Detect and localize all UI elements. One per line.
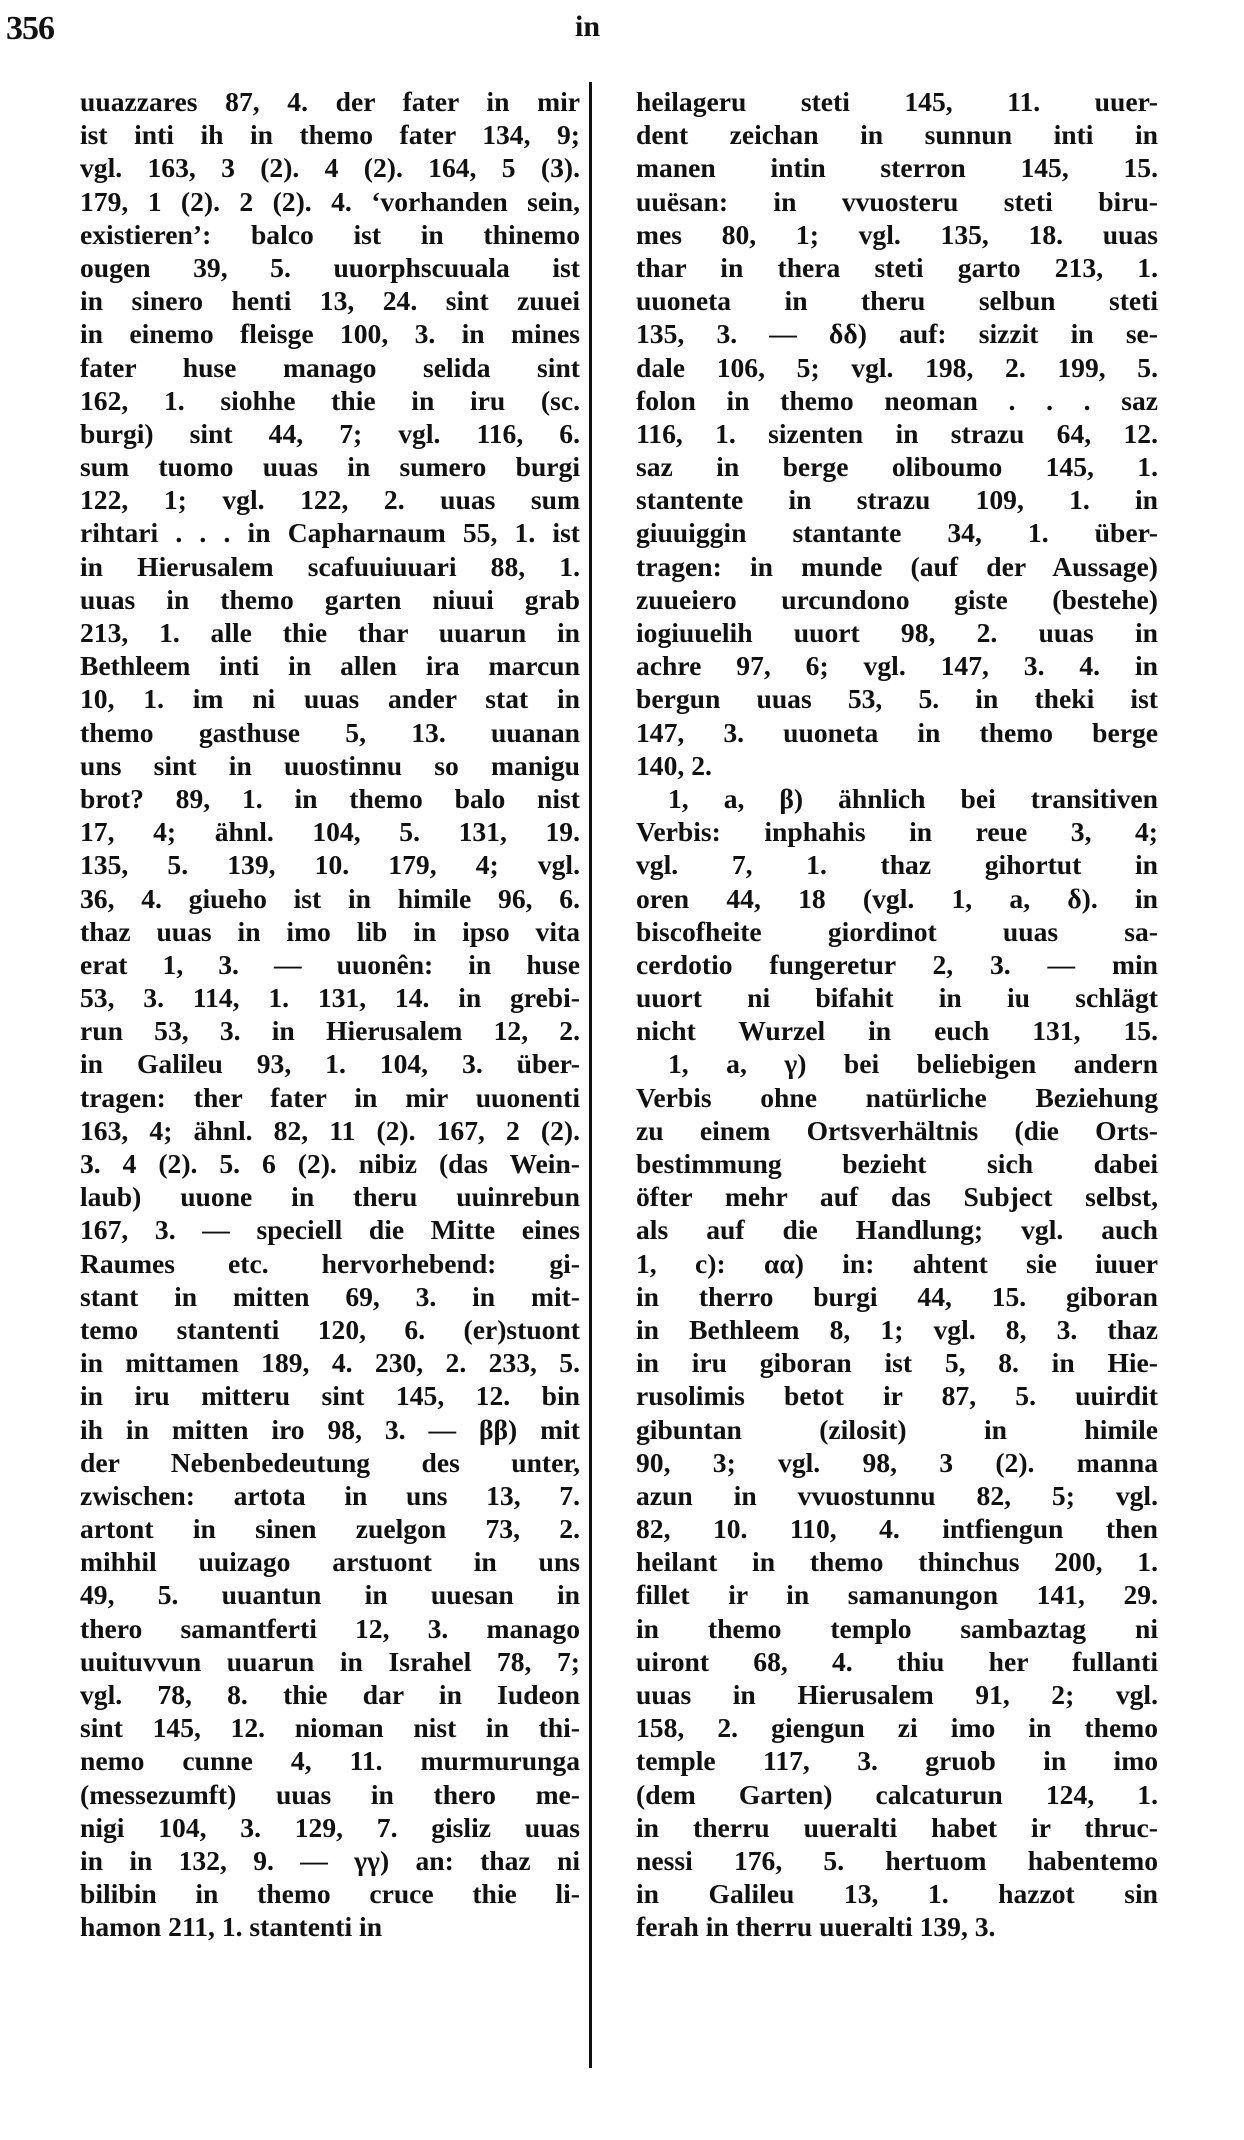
text-line: uuas in Hierusalem 91, 2; vgl. <box>636 1678 1158 1711</box>
text-line: uuazzares 87, 4. der fater in mir <box>80 85 580 118</box>
text-line: 158, 2. giengun zi imo in themo <box>636 1711 1158 1744</box>
text-line: temo stantenti 120, 6. (er)stuont <box>80 1313 580 1346</box>
text-line: thero samantferti 12, 3. manago <box>80 1612 580 1645</box>
text-line: in sinero henti 13, 24. sint zuuei <box>80 284 580 317</box>
text-line: mes 80, 1; vgl. 135, 18. uuas <box>636 218 1158 251</box>
text-line: 140, 2. <box>636 749 1158 782</box>
text-line: Verbis ohne natürliche Beziehung <box>636 1081 1158 1114</box>
text-line: hamon 211, 1. stantenti in <box>80 1910 580 1943</box>
text-line: cerdotio fungeretur 2, 3. — min <box>636 948 1158 981</box>
text-line: azun in vvuostunnu 82, 5; vgl. <box>636 1479 1158 1512</box>
text-line: nessi 176, 5. hertuom habentemo <box>636 1844 1158 1877</box>
text-line: 82, 10. 110, 4. intfiengun then <box>636 1512 1158 1545</box>
text-line: bestimmung bezieht sich dabei <box>636 1147 1158 1180</box>
page-number: 356 <box>6 10 54 48</box>
running-head: in <box>575 10 600 44</box>
text-line: 53, 3. 114, 1. 131, 14. in grebi- <box>80 981 580 1014</box>
text-line: (dem Garten) calcaturun 124, 1. <box>636 1778 1158 1811</box>
text-line: folon in themo neoman . . . saz <box>636 384 1158 417</box>
text-line: brot? 89, 1. in themo balo nist <box>80 782 580 815</box>
text-line: ougen 39, 5. uuorphscuuala ist <box>80 251 580 284</box>
text-line: vgl. 7, 1. thaz gihortut in <box>636 848 1158 881</box>
page-header: 356 in <box>0 0 1244 60</box>
text-line: dale 106, 5; vgl. 198, 2. 199, 5. <box>636 351 1158 384</box>
text-line: fater huse manago selida sint <box>80 351 580 384</box>
text-line: tragen: in munde (auf der Aussage) <box>636 550 1158 583</box>
text-line: zwischen: artota in uns 13, 7. <box>80 1479 580 1512</box>
text-line: 163, 4; ähnl. 82, 11 (2). 167, 2 (2). <box>80 1114 580 1147</box>
text-line: 36, 4. giueho ist in himile 96, 6. <box>80 882 580 915</box>
text-line: sint 145, 12. nioman nist in thi- <box>80 1711 580 1744</box>
text-line: uuoneta in theru selbun steti <box>636 284 1158 317</box>
text-line: thar in thera steti garto 213, 1. <box>636 251 1158 284</box>
text-line: Raumes etc. hervorhebend: gi- <box>80 1247 580 1280</box>
text-line: in mittamen 189, 4. 230, 2. 233, 5. <box>80 1346 580 1379</box>
text-line: ferah in therru uueralti 139, 3. <box>636 1910 1158 1943</box>
text-line: 135, 3. — δδ) auf: sizzit in se- <box>636 317 1158 350</box>
text-line: 213, 1. alle thie thar uuarun in <box>80 616 580 649</box>
text-line: uuas in themo garten niuui grab <box>80 583 580 616</box>
text-line: 17, 4; ähnl. 104, 5. 131, 19. <box>80 815 580 848</box>
text-line: 162, 1. siohhe thie in iru (sc. <box>80 384 580 417</box>
text-line: 179, 1 (2). 2 (2). 4. ‘vorhanden sein, <box>80 185 580 218</box>
text-line: öfter mehr auf das Subject selbst, <box>636 1180 1158 1213</box>
text-line: oren 44, 18 (vgl. 1, a, δ). in <box>636 882 1158 915</box>
text-line: nigi 104, 3. 129, 7. gisliz uuas <box>80 1811 580 1844</box>
text-line: 122, 1; vgl. 122, 2. uuas sum <box>80 483 580 516</box>
text-line: artont in sinen zuelgon 73, 2. <box>80 1512 580 1545</box>
text-line: mihhil uuizago arstuont in uns <box>80 1545 580 1578</box>
text-line: 1, a, β) ähnlich bei transitiven <box>636 782 1158 815</box>
text-line: dent zeichan in sunnun inti in <box>636 118 1158 151</box>
text-line: achre 97, 6; vgl. 147, 3. 4. in <box>636 649 1158 682</box>
text-line: gibuntan (zilosit) in himile <box>636 1413 1158 1446</box>
text-line: rusolimis betot ir 87, 5. uuirdit <box>636 1379 1158 1412</box>
text-line: stantente in strazu 109, 1. in <box>636 483 1158 516</box>
text-line: in Galileu 13, 1. hazzot sin <box>636 1877 1158 1910</box>
text-line: in Bethleem 8, 1; vgl. 8, 3. thaz <box>636 1313 1158 1346</box>
text-line: in einemo fleisge 100, 3. in mines <box>80 317 580 350</box>
text-line: fillet ir in samanungon 141, 29. <box>636 1578 1158 1611</box>
text-line: (messezumft) uuas in thero me- <box>80 1778 580 1811</box>
text-line: in themo templo sambaztag ni <box>636 1612 1158 1645</box>
text-line: 1, c): αα) in: ahtent sie iuuer <box>636 1247 1158 1280</box>
text-line: themo gasthuse 5, 13. uuanan <box>80 716 580 749</box>
text-line: burgi) sint 44, 7; vgl. 116, 6. <box>80 417 580 450</box>
text-line: 3. 4 (2). 5. 6 (2). nibiz (das Wein- <box>80 1147 580 1180</box>
text-line: uiront 68, 4. thiu her fullanti <box>636 1645 1158 1678</box>
text-line: in therro burgi 44, 15. giboran <box>636 1280 1158 1313</box>
text-line: heilageru steti 145, 11. uuer- <box>636 85 1158 118</box>
text-line: 167, 3. — speciell die Mitte eines <box>80 1213 580 1246</box>
right-column: heilageru steti 145, 11. uuer-dent zeich… <box>636 85 1158 1944</box>
text-line: in in 132, 9. — γγ) an: thaz ni <box>80 1844 580 1877</box>
text-line: 135, 5. 139, 10. 179, 4; vgl. <box>80 848 580 881</box>
left-column: uuazzares 87, 4. der fater in mirist int… <box>80 85 580 1944</box>
text-line: run 53, 3. in Hierusalem 12, 2. <box>80 1014 580 1047</box>
text-line: uuort ni bifahit in iu schlägt <box>636 981 1158 1014</box>
text-line: bergun uuas 53, 5. in theki ist <box>636 682 1158 715</box>
text-line: in Galileu 93, 1. 104, 3. über- <box>80 1047 580 1080</box>
text-line: 1, a, γ) bei beliebigen andern <box>636 1047 1158 1080</box>
text-line: zu einem Ortsverhältnis (die Orts- <box>636 1114 1158 1147</box>
text-line: ist inti ih in themo fater 134, 9; <box>80 118 580 151</box>
text-line: sum tuomo uuas in sumero burgi <box>80 450 580 483</box>
text-line: bilibin in themo cruce thie li- <box>80 1877 580 1910</box>
text-line: manen intin sterron 145, 15. <box>636 151 1158 184</box>
text-line: thaz uuas in imo lib in ipso vita <box>80 915 580 948</box>
text-line: der Nebenbedeutung des unter, <box>80 1446 580 1479</box>
text-line: uuituvvun uuarun in Israhel 78, 7; <box>80 1645 580 1678</box>
text-line: in therru uueralti habet ir thruc- <box>636 1811 1158 1844</box>
text-line: 10, 1. im ni uuas ander stat in <box>80 682 580 715</box>
text-line: 49, 5. uuantun in uuesan in <box>80 1578 580 1611</box>
text-line: in iru mitteru sint 145, 12. bin <box>80 1379 580 1412</box>
text-line: stant in mitten 69, 3. in mit- <box>80 1280 580 1313</box>
text-line: Bethleem inti in allen ira marcun <box>80 649 580 682</box>
text-line: saz in berge oliboumo 145, 1. <box>636 450 1158 483</box>
column-divider <box>589 82 592 2068</box>
text-line: existieren’: balco ist in thinemo <box>80 218 580 251</box>
text-line: vgl. 78, 8. thie dar in Iudeon <box>80 1678 580 1711</box>
text-line: heilant in themo thinchus 200, 1. <box>636 1545 1158 1578</box>
text-line: nicht Wurzel in euch 131, 15. <box>636 1014 1158 1047</box>
text-line: nemo cunne 4, 11. murmurunga <box>80 1744 580 1777</box>
text-line: erat 1, 3. — uuonên: in huse <box>80 948 580 981</box>
text-line: 90, 3; vgl. 98, 3 (2). manna <box>636 1446 1158 1479</box>
text-line: giuuiggin stantante 34, 1. über- <box>636 516 1158 549</box>
text-line: uuësan: in vvuosteru steti biru- <box>636 185 1158 218</box>
text-line: 116, 1. sizenten in strazu 64, 12. <box>636 417 1158 450</box>
text-line: biscofheite giordinot uuas sa- <box>636 915 1158 948</box>
text-line: vgl. 163, 3 (2). 4 (2). 164, 5 (3). <box>80 151 580 184</box>
text-line: ih in mitten iro 98, 3. — ββ) mit <box>80 1413 580 1446</box>
text-line: Verbis: inphahis in reue 3, 4; <box>636 815 1158 848</box>
text-line: laub) uuone in theru uuinrebun <box>80 1180 580 1213</box>
text-line: uns sint in uuostinnu so manigu <box>80 749 580 782</box>
text-line: in iru giboran ist 5, 8. in Hie- <box>636 1346 1158 1379</box>
text-line: als auf die Handlung; vgl. auch <box>636 1213 1158 1246</box>
text-line: zuueiero urcundono giste (bestehe) <box>636 583 1158 616</box>
text-line: iogiuuelih uuort 98, 2. uuas in <box>636 616 1158 649</box>
text-line: temple 117, 3. gruob in imo <box>636 1744 1158 1777</box>
text-line: tragen: ther fater in mir uuonenti <box>80 1081 580 1114</box>
text-line: 147, 3. uuoneta in themo berge <box>636 716 1158 749</box>
text-line: in Hierusalem scafuuiuuari 88, 1. <box>80 550 580 583</box>
text-line: rihtari . . . in Capharnaum 55, 1. ist <box>80 516 580 549</box>
